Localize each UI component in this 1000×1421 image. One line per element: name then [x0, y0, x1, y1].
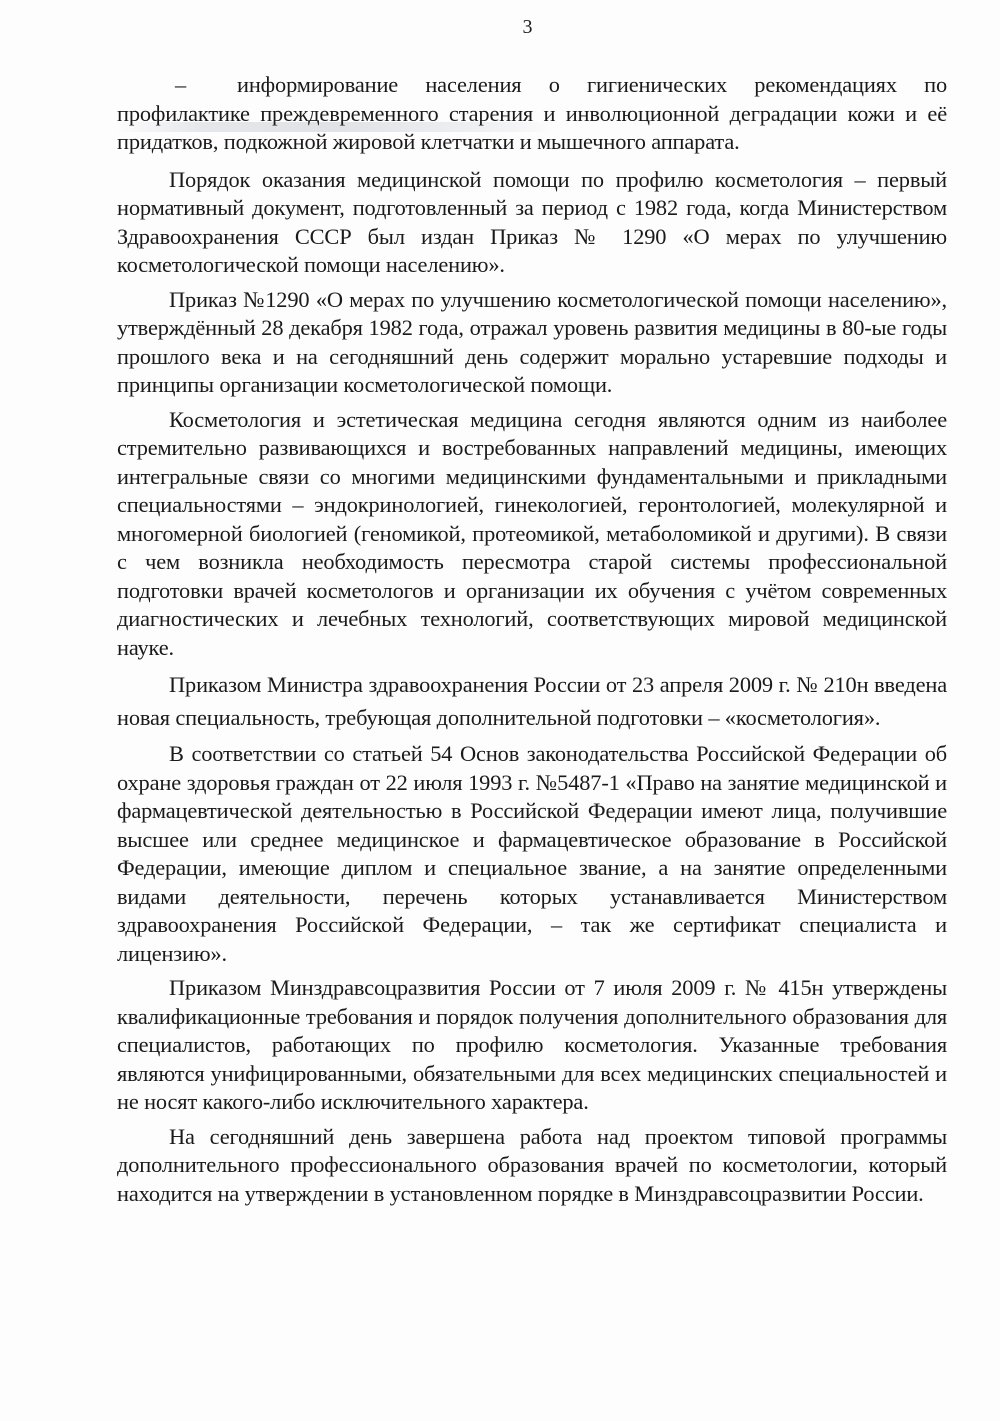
document-page: 3 –информирование населения о гигиеничес… — [0, 0, 1000, 1421]
page-number: 3 — [0, 16, 1000, 39]
paragraph-training-program: На сегодняшний день завершена работа над… — [117, 1123, 947, 1209]
paragraph-order-415n: Приказом Минздравсоцразвития России от 7… — [117, 974, 947, 1117]
paragraph-cosmetology-development: Косметология и эстетическая медицина сег… — [117, 406, 947, 663]
document-body: –информирование населения о гигиенически… — [117, 71, 947, 1214]
dash-marker: – — [175, 71, 237, 100]
bullet-item-public-information: –информирование населения о гигиенически… — [117, 71, 947, 157]
bullet-text: информирование населения о гигиенических… — [117, 72, 947, 154]
paragraph-procedure-order: Порядок оказания медицинской помощи по п… — [117, 166, 947, 280]
paragraph-article-54: В соответствии со статьей 54 Основ закон… — [117, 740, 947, 968]
paragraph-order-210n: Приказом Министра здравоохранения России… — [117, 668, 947, 734]
paragraph-order-1290: Приказ №1290 «О мерах по улучшению косме… — [117, 286, 947, 400]
